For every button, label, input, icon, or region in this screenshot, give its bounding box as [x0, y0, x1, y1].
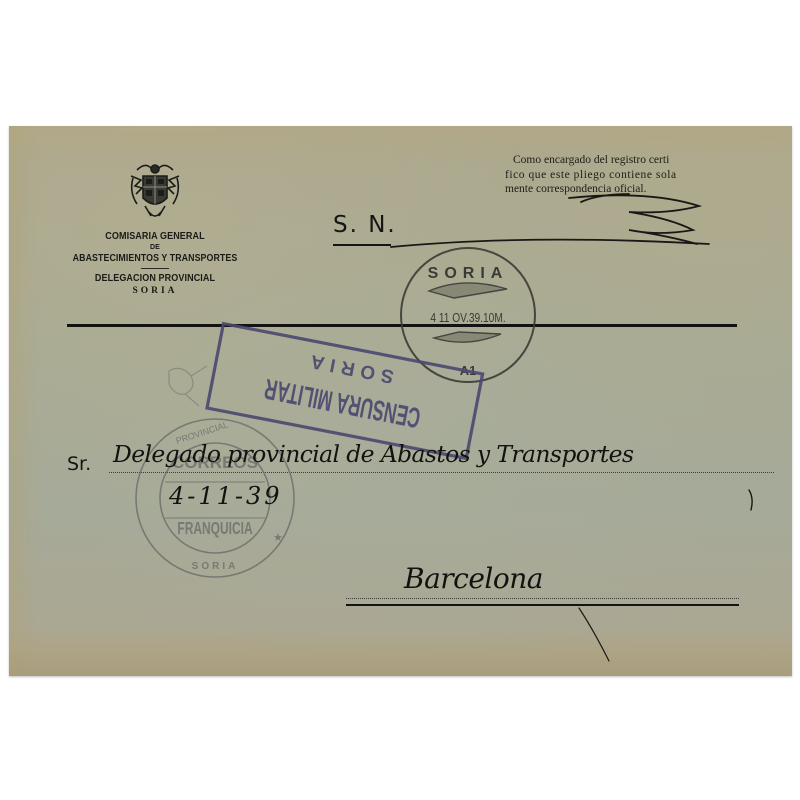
- postmark-top-text: SORIA: [428, 265, 509, 282]
- stamps-overlay: CORREOS FRANQUICIA SORIA PROVINCIAL ★ SO…: [9, 126, 792, 676]
- svg-text:★: ★: [273, 532, 283, 544]
- faint-crest-icon: [169, 366, 207, 406]
- handwritten-city: Barcelona: [404, 562, 543, 595]
- franchise-bottom-text: SORIA: [192, 561, 239, 572]
- handwritten-date: 4-11-39: [169, 482, 283, 510]
- censor-stamp: CENSURA MILITAR SORIA: [207, 324, 483, 459]
- envelope: COMISARIA GENERAL DE ABASTECIMIENTOS Y T…: [9, 126, 792, 676]
- franchise-center-bottom: FRANQUICIA: [177, 519, 252, 539]
- handwritten-addressee: Delegado provincial de Abastos y Transpo…: [113, 442, 633, 468]
- postmark-date: 4 11 OV.39.10M.: [430, 311, 505, 326]
